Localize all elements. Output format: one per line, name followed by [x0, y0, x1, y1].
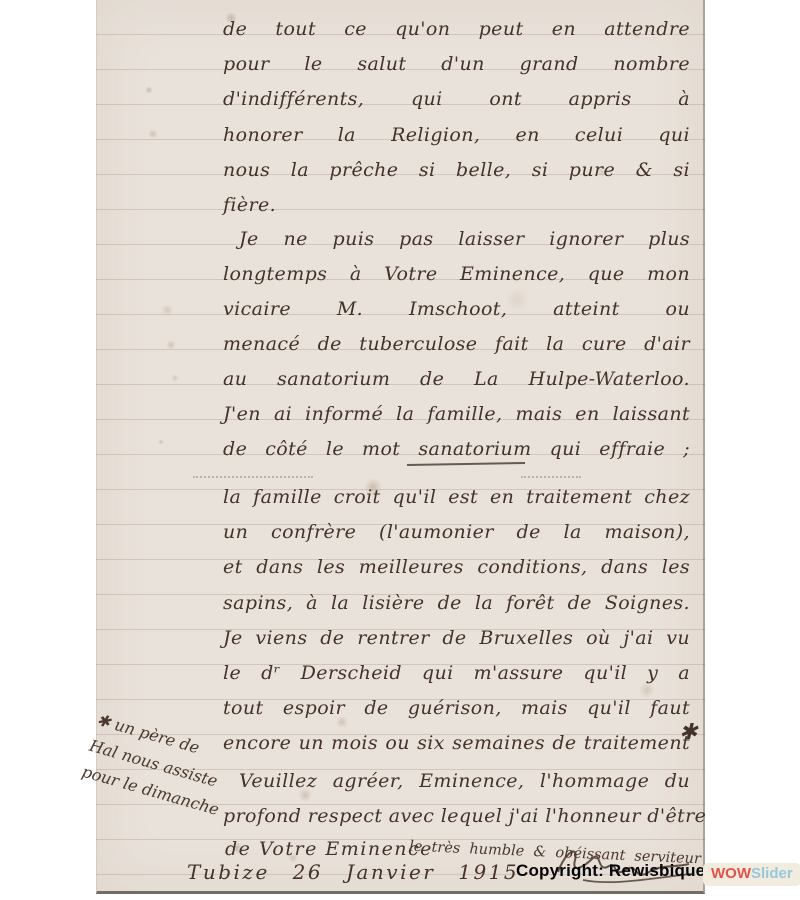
letter-line: encore un mois ou six semaines de traite… [223, 730, 690, 760]
letter-line: menacé de tuberculose fait la cure d'air [223, 331, 690, 361]
letter-line: pour le salut d'un grand nombre [223, 51, 690, 81]
ink-ghost-dots [521, 476, 581, 480]
letter-line: et dans les meilleures conditions, dans … [223, 554, 690, 584]
date-line: Tubize 26 Janvier 1915 [187, 860, 519, 884]
letter-paper: de tout ce qu'on peut en attendre pour l… [96, 0, 705, 894]
letter-line: Veuillez agréer, Eminence, l'hommage du [239, 768, 690, 798]
page: de tout ce qu'on peut en attendre pour l… [0, 0, 800, 900]
copyright-watermark: Copyright: Rewisbique [516, 861, 705, 881]
letter-line: fière. [223, 192, 690, 222]
letter-line: sapins, à la lisière de la forêt de Soig… [223, 590, 690, 620]
letter-line: J'en ai informé la famille, mais en lais… [223, 401, 690, 431]
letter-line: la famille croit qu'il est en traitement… [223, 484, 690, 514]
ink-ghost-dots [193, 476, 313, 480]
letter-line: Je ne puis pas laisser ignorer plus [239, 226, 690, 256]
letter-line: longtemps à Votre Eminence, que mon [223, 261, 690, 291]
letter-line: Je viens de rentrer de Bruxelles où j'ai… [223, 625, 690, 655]
letter-line: nous la prêche si belle, si pure & si [223, 157, 690, 187]
slider-text: Slider [751, 865, 793, 882]
letter-line: d'indifférents, qui ont appris à [223, 86, 690, 116]
letter-line: de tout ce qu'on peut en attendre [223, 16, 690, 46]
letter-line: honorer la Religion, en celui qui [223, 122, 690, 152]
wow-text: WOW [711, 865, 751, 882]
letter-line: vicaire M. Imschoot, atteint ou [223, 296, 690, 326]
footnote-star: ✱ [679, 720, 697, 745]
letter-line: au sanatorium de La Hulpe-Waterloo. [223, 366, 690, 396]
letter-line: tout espoir de guérison, mais qu'il faut [223, 695, 690, 725]
wowslider-badge[interactable]: WOWSlider [703, 863, 800, 886]
letter-line: profond respect avec lequel j'ai l'honne… [223, 803, 690, 833]
letter-line: le dʳ Derscheid qui m'assure qu'il y a [223, 660, 690, 690]
closing-salutation: de Votre Eminence [225, 838, 433, 860]
letter-line: un confrère (l'aumonier de la maison), [223, 519, 690, 549]
